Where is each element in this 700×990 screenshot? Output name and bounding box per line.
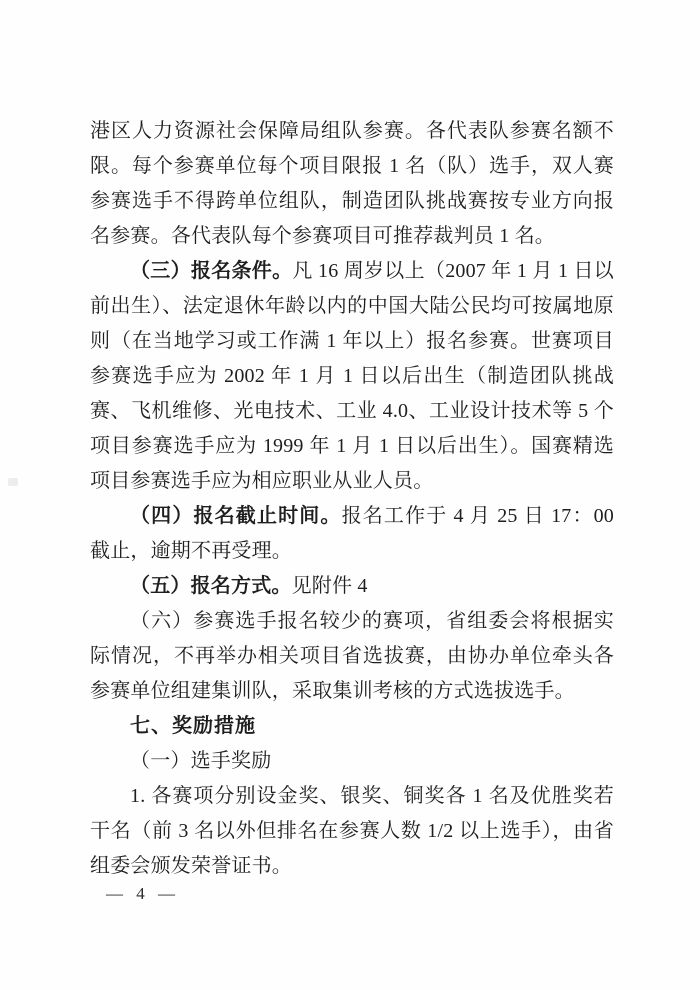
page-number: — 4 — (106, 883, 175, 905)
scan-artifact (8, 478, 18, 486)
item-5-registration-method: （五）报名方式。见附件 4 (90, 569, 614, 604)
subsection-1-player-awards: （一）选手奖励 (90, 744, 614, 779)
section-7-heading-awards-text: 七、奖励措施 (130, 715, 256, 737)
item-4-registration-deadline: （四）报名截止时间。报名工作于 4 月 25 日 17：00 截止，逾期不再受理… (90, 499, 614, 569)
item-3-registration-conditions: （三）报名条件。凡 16 周岁以上（2007 年 1 月 1 日以前出生）、法定… (90, 254, 614, 499)
section-7-heading-awards: 七、奖励措施 (90, 709, 614, 744)
paragraph-continuation-text: 港区人力资源社会保障局组队参赛。各代表队参赛名额不限。每个参赛单位每个项目限报 … (90, 120, 614, 247)
item-5-registration-method-text: 见附件 4 (292, 575, 368, 597)
subsection-1-player-awards-text: （一）选手奖励 (130, 750, 271, 772)
award-detail-1: 1. 各赛项分别设金奖、银奖、铜奖各 1 名及优胜奖若干名（前 3 名以外但排名… (90, 779, 614, 884)
item-3-registration-conditions-text: 凡 16 周岁以上（2007 年 1 月 1 日以前出生）、法定退休年龄以内的中… (90, 260, 614, 492)
document-body: 港区人力资源社会保障局组队参赛。各代表队参赛名额不限。每个参赛单位每个项目限报 … (90, 114, 614, 884)
paragraph-continuation: 港区人力资源社会保障局组队参赛。各代表队参赛名额不限。每个参赛单位每个项目限报 … (90, 114, 614, 254)
award-detail-1-text: 1. 各赛项分别设金奖、银奖、铜奖各 1 名及优胜奖若干名（前 3 名以外但排名… (90, 785, 614, 877)
item-3-registration-conditions-text: （三）报名条件。 (130, 260, 292, 282)
item-6-low-registration: （六）参赛选手报名较少的赛项，省组委会将根据实际情况，不再举办相关项目省选拔赛，… (90, 604, 614, 709)
item-5-registration-method-text: （五）报名方式。 (130, 575, 292, 597)
item-6-low-registration-text: （六）参赛选手报名较少的赛项，省组委会将根据实际情况，不再举办相关项目省选拔赛，… (90, 610, 614, 702)
document-page: 港区人力资源社会保障局组队参赛。各代表队参赛名额不限。每个参赛单位每个项目限报 … (0, 0, 700, 990)
item-4-registration-deadline-text: （四）报名截止时间。 (130, 505, 342, 527)
